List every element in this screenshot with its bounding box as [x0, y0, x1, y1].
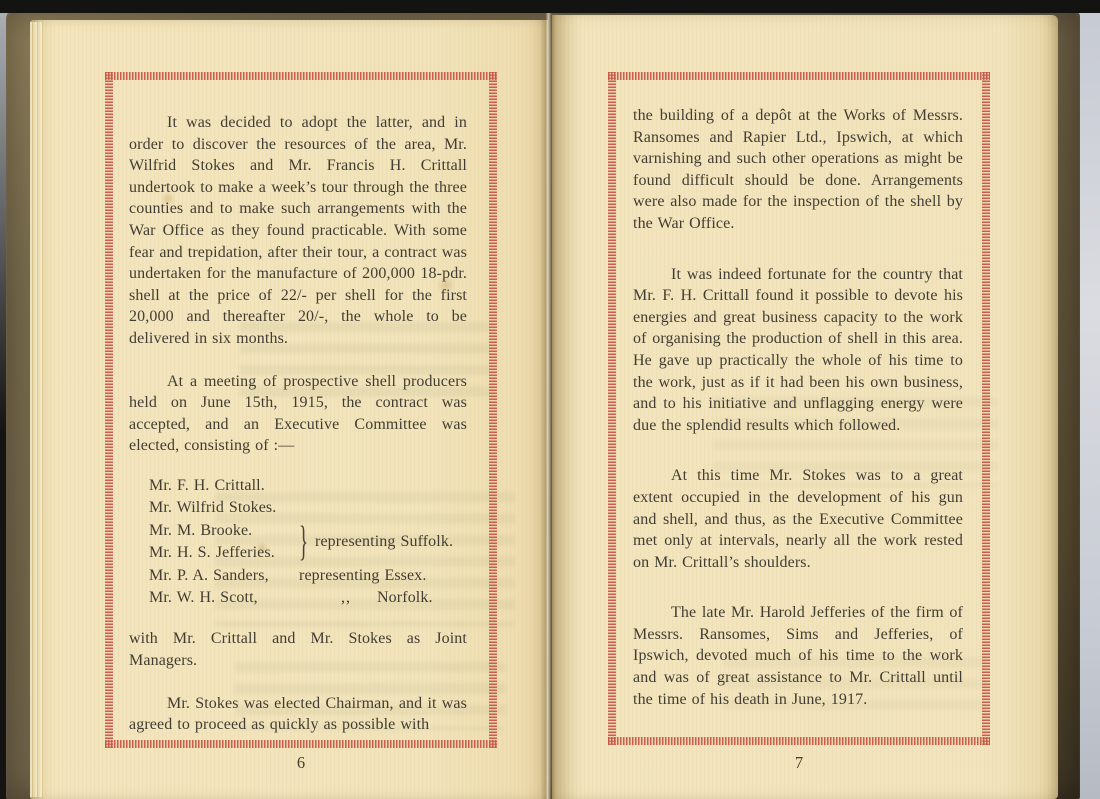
left-page: It was decided to adopt the latter, and … — [30, 20, 548, 799]
right-page-text-block: the building of a depôt at the Works of … — [608, 72, 990, 745]
committee-member: Mr. M. Brooke. — [149, 520, 299, 542]
paragraph: the building of a depôt at the Works of … — [633, 105, 963, 235]
paragraph: At this time Mr. Stokes was to a great e… — [633, 465, 963, 573]
committee-row: Mr. P. A. Sanders, representing Essex. — [149, 565, 467, 587]
committee-member: Mr. W. H. Scott, — [149, 587, 299, 609]
paragraph: It was indeed fortunate for the country … — [633, 264, 963, 437]
scanner-top-strip — [0, 0, 1100, 13]
committee-member: Mr. P. A. Sanders, — [149, 565, 299, 587]
paragraph: The late Mr. Harold Jefferies of the fir… — [633, 602, 963, 710]
left-page-text-block: It was decided to adopt the latter, and … — [105, 72, 497, 748]
paragraph: with Mr. Crittall and Mr. Stokes as Join… — [129, 628, 467, 671]
committee-member: Mr. Wilfrid Stokes. — [149, 497, 467, 519]
committee-list: Mr. F. H. Crittall. Mr. Wilfrid Stokes. … — [149, 475, 467, 609]
committee-member: Mr. H. S. Jefferies. — [149, 542, 299, 564]
paragraph: It was decided to adopt the latter, and … — [129, 112, 467, 350]
page-gutter — [540, 13, 556, 799]
paragraph: At a meeting of prospective shell produc… — [129, 371, 467, 457]
scanned-book-spread: It was decided to adopt the latter, and … — [0, 0, 1100, 799]
ditto-mark: ,, — [341, 587, 351, 609]
committee-suffolk-group: Mr. M. Brooke. Mr. H. S. Jefferies. } re… — [149, 520, 467, 565]
left-page-decorative-border: It was decided to adopt the latter, and … — [105, 72, 497, 748]
committee-row: Mr. W. H. Scott, ,, Norfolk. — [149, 587, 467, 609]
committee-member-pair: Mr. M. Brooke. Mr. H. S. Jefferies. — [149, 520, 299, 565]
right-page-decorative-border: the building of a depôt at the Works of … — [608, 72, 990, 745]
paragraph: Mr. Stokes was elected Chairman, and it … — [129, 693, 467, 736]
representing-label: Norfolk. — [377, 587, 433, 609]
brace-glyph: } — [299, 521, 304, 563]
committee-member: Mr. F. H. Crittall. — [149, 475, 467, 497]
representing-label: representing Essex. — [299, 565, 427, 587]
representing-label: representing Suffolk. — [315, 531, 453, 553]
page-number-left: 6 — [105, 753, 497, 773]
right-page: the building of a depôt at the Works of … — [552, 15, 1058, 799]
page-number-right: 7 — [608, 753, 990, 773]
